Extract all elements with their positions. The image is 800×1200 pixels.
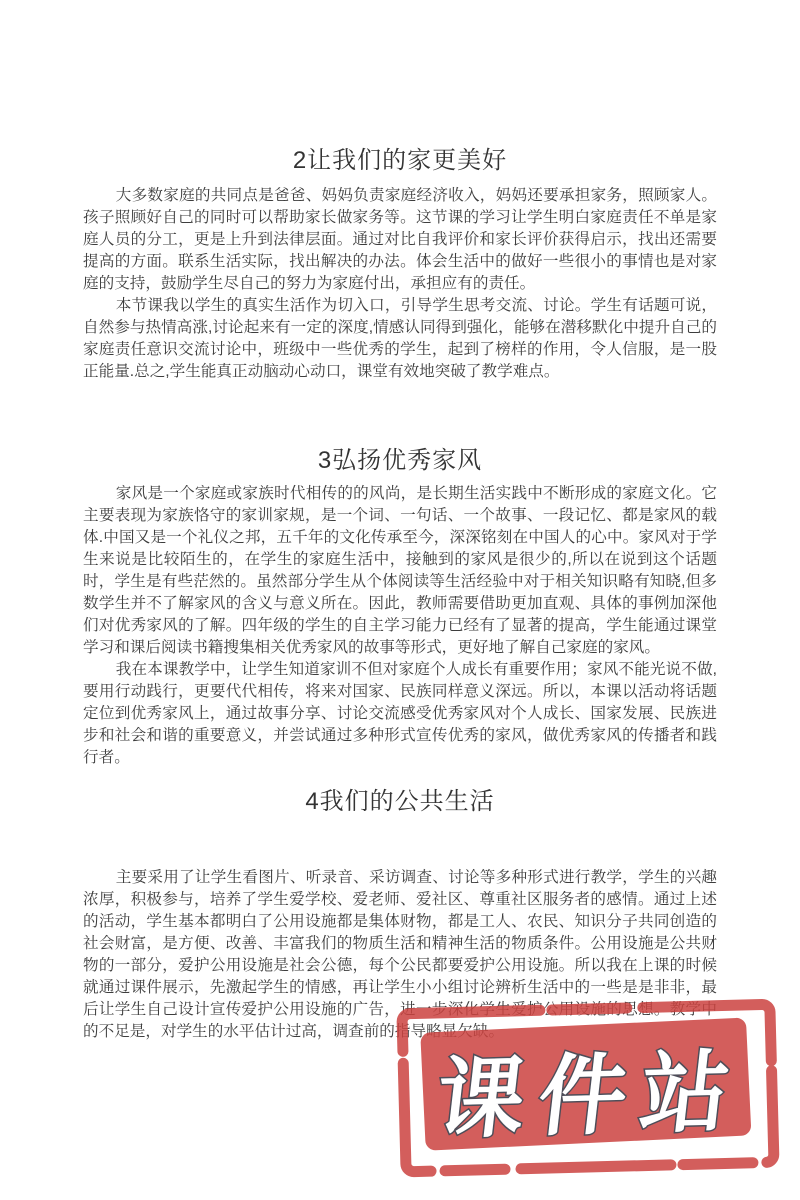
document-content: 2让我们的家更美好 大多数家庭的共同点是爸爸、妈妈负责家庭经济收入，妈妈还要承担… xyxy=(83,147,717,1043)
section-our-public-life: 4我们的公共生活 主要采用了让学生看图片、听录音、采访调查、讨论等多种形式进行教… xyxy=(83,788,717,1043)
section-make-home-better: 2让我们的家更美好 大多数家庭的共同点是爸爸、妈妈负责家庭经济收入，妈妈还要承担… xyxy=(83,147,717,383)
section-promote-family-tradition: 3弘扬优秀家风 家风是一个家庭或家族时代相传的的风尚，是长期生活实践中不断形成的… xyxy=(83,447,717,769)
section-heading: 3弘扬优秀家风 xyxy=(83,447,717,475)
stamp-text: 课件站 xyxy=(431,1042,748,1149)
paragraph: 我在本课教学中，让学生知道家训不但对家庭个人成长有重要作用；家风不能光说不做,要… xyxy=(83,659,717,769)
document-page: 2让我们的家更美好 大多数家庭的共同点是爸爸、妈妈负责家庭经济收入，妈妈还要承担… xyxy=(0,0,800,1200)
paragraph: 本节课我以学生的真实生活作为切入口，引导学生思考交流、讨论。学生有话题可说，自然… xyxy=(83,295,717,383)
paragraph: 大多数家庭的共同点是爸爸、妈妈负责家庭经济收入，妈妈还要承担家务，照顾家人。孩子… xyxy=(83,185,717,295)
section-heading: 4我们的公共生活 xyxy=(83,788,717,816)
section-heading: 2让我们的家更美好 xyxy=(83,147,717,175)
paragraph: 家风是一个家庭或家族时代相传的的风尚，是长期生活实践中不断形成的家庭文化。它主要… xyxy=(83,483,717,659)
paragraph: 主要采用了让学生看图片、听录音、采访调查、讨论等多种形式进行教学，学生的兴趣浓厚… xyxy=(83,867,717,1043)
